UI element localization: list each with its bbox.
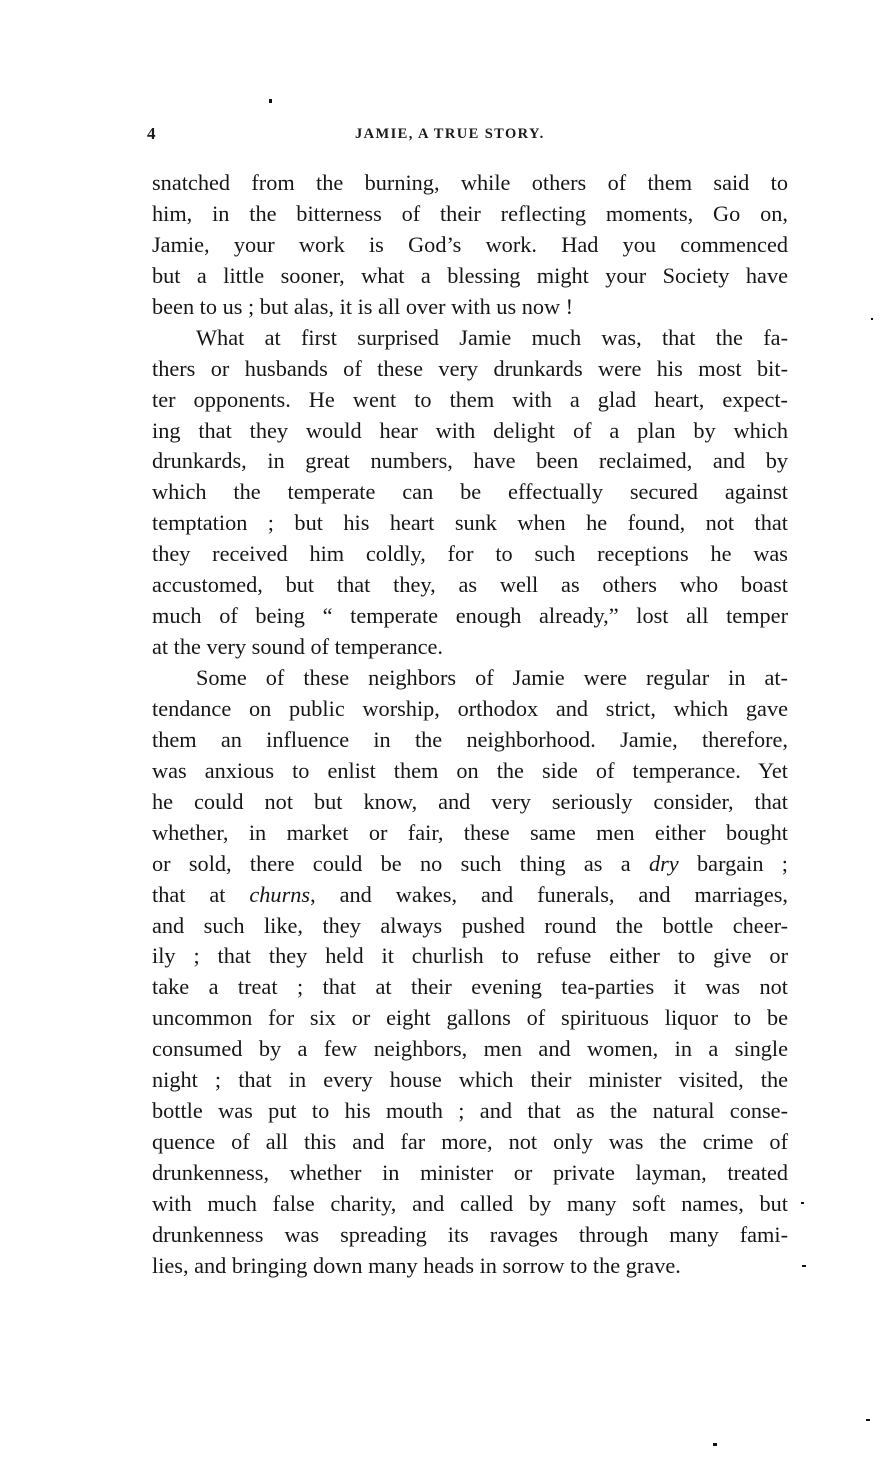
- text-line: temptation ; but his heart sunk when he …: [152, 508, 788, 539]
- text-line: been to us ; but alas, it is all over wi…: [152, 292, 788, 323]
- text-line: ily ; that they held it churlish to refu…: [152, 941, 788, 972]
- text-line: quence of all this and far more, not onl…: [152, 1127, 788, 1158]
- italic-word: dry: [649, 851, 679, 876]
- scan-speck: [871, 318, 873, 320]
- running-head: 4 JAMIE, A TRUE STORY.: [147, 124, 787, 146]
- text-line: or sold, there could be no such thing as…: [152, 849, 788, 880]
- text-line: drunkenness, whether in minister or priv…: [152, 1158, 788, 1189]
- text-line: bottle was put to his mouth ; and that a…: [152, 1096, 788, 1127]
- running-title: JAMIE, A TRUE STORY.: [355, 126, 545, 143]
- text-line: consumed by a few neighbors, men and wom…: [152, 1034, 788, 1065]
- text-line: was anxious to enlist them on the side o…: [152, 756, 788, 787]
- text-line: drunkenness was spreading its ravages th…: [152, 1220, 788, 1251]
- text-line: night ; that in every house which their …: [152, 1065, 788, 1096]
- text-line: which the temperate can be effectually s…: [152, 477, 788, 508]
- text-line: with much false charity, and called by m…: [152, 1189, 788, 1220]
- page-number: 4: [147, 124, 157, 144]
- paragraph: Some of these neighbors of Jamie were re…: [152, 663, 788, 1282]
- text-line: Jamie, your work is God’s work. Had you …: [152, 230, 788, 261]
- text-line: Some of these neighbors of Jamie were re…: [152, 663, 788, 694]
- scan-speck: [269, 99, 272, 103]
- text-line: and such like, they always pushed round …: [152, 911, 788, 942]
- text-line: thers or husbands of these very drunkard…: [152, 354, 788, 385]
- text-line: whether, in market or fair, these same m…: [152, 818, 788, 849]
- text-line: accustomed, but that they, as well as ot…: [152, 570, 788, 601]
- text-line: tendance on public worship, orthodox and…: [152, 694, 788, 725]
- text-line: they received him coldly, for to such re…: [152, 539, 788, 570]
- text-line: them an influence in the neighborhood. J…: [152, 725, 788, 756]
- text-line: ter opponents. He went to them with a gl…: [152, 385, 788, 416]
- scan-speck: [802, 1265, 806, 1267]
- text-line: snatched from the burning, while others …: [152, 168, 788, 199]
- book-page: 4 JAMIE, A TRUE STORY. snatched from the…: [0, 0, 888, 1475]
- text-line: drunkards, in great numbers, have been r…: [152, 446, 788, 477]
- text-line: at the very sound of temperance.: [152, 632, 788, 663]
- text-line: lies, and bringing down many heads in so…: [152, 1251, 788, 1282]
- text-line: him, in the bitterness of their reflecti…: [152, 199, 788, 230]
- scan-speck: [866, 1419, 870, 1421]
- text-line: but a little sooner, what a blessing mig…: [152, 261, 788, 292]
- scan-speck: [801, 1202, 804, 1204]
- text-line: much of being “ temperate enough already…: [152, 601, 788, 632]
- paragraph: What at first surprised Jamie much was, …: [152, 323, 788, 663]
- text-line: uncommon for six or eight gallons of spi…: [152, 1003, 788, 1034]
- scan-speck: [713, 1443, 717, 1446]
- text-line: he could not but know, and very seriousl…: [152, 787, 788, 818]
- paragraph: snatched from the burning, while others …: [152, 168, 788, 323]
- italic-word: churns: [249, 882, 310, 907]
- text-line: ing that they would hear with delight of…: [152, 416, 788, 447]
- text-line: What at first surprised Jamie much was, …: [152, 323, 788, 354]
- text-line: that at churns, and wakes, and funerals,…: [152, 880, 788, 911]
- body-text: snatched from the burning, while others …: [152, 168, 788, 1282]
- text-line: take a treat ; that at their evening tea…: [152, 972, 788, 1003]
